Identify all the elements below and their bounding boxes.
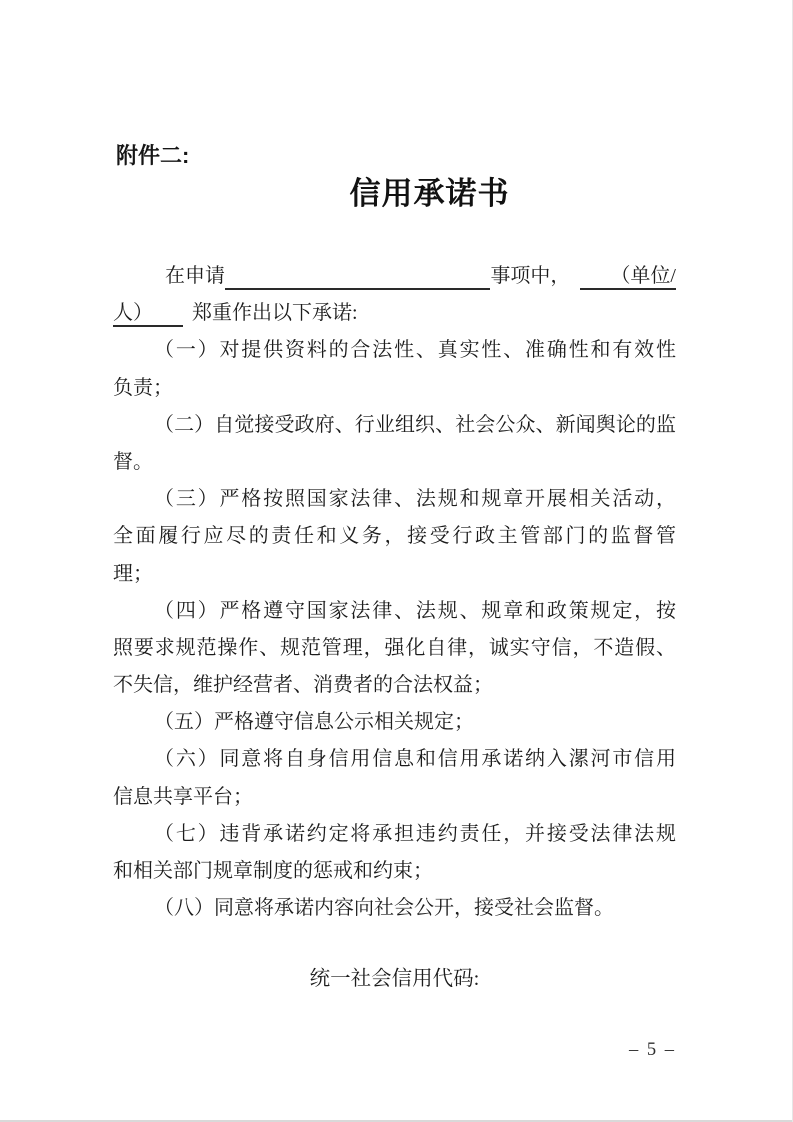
unit-person-text-part2: 人） — [113, 295, 153, 327]
commitment-line: 督。 — [113, 444, 676, 481]
commitment-lines-container: （一）对提供资料的合法性、真实性、准确性和有效性负责；（二）自觉接受政府、行业组… — [113, 332, 676, 927]
intro-matter-text: 事项中， — [490, 258, 570, 295]
intro-prefix-text: 在申请 — [165, 258, 225, 295]
commitment-line: 全面履行应尽的责任和义务，接受行政主管部门的监督管 — [113, 518, 676, 555]
unit-person-text-part1: （单位/ — [610, 258, 676, 290]
commitment-line: 不失信，维护经营者、消费者的合法权益； — [113, 667, 676, 704]
commitment-line: 和相关部门规章制度的惩戒和约束； — [113, 853, 676, 890]
commitment-intro-text: 郑重作出以下承诺: — [192, 295, 358, 332]
applicant-name-blank — [580, 258, 610, 290]
commitment-line: 照要求规范操作、规范管理，强化自律，诚实守信，不造假、 — [113, 630, 676, 667]
commitment-line: （六）同意将自身信用信息和信用承诺纳入漯河市信用 — [113, 741, 676, 778]
commitment-line: 负责； — [113, 370, 676, 407]
commitment-line: 信息共享平台； — [113, 779, 676, 816]
commitment-line: 理； — [113, 556, 676, 593]
commitment-line: （一）对提供资料的合法性、真实性、准确性和有效性 — [113, 332, 676, 369]
commitment-line: （五）严格遵守信息公示相关规定； — [113, 704, 676, 741]
application-line-2: 人） 郑重作出以下承诺: — [113, 295, 676, 332]
commitment-line: （七）违背承诺约定将承担违约责任，并接受法律法规 — [113, 816, 676, 853]
commitment-line: （四）严格遵守国家法律、法规、规章和政策规定，按 — [113, 593, 676, 630]
attachment-label: 附件二: — [116, 143, 189, 169]
commitment-line: （三）严格按照国家法律、法规和规章开展相关活动， — [113, 481, 676, 518]
page-number: – 5 – — [629, 1040, 676, 1061]
document-page: 附件二: 信用承诺书 在申请 事项中， （单位/ 人） 郑重作出以下承诺: （一… — [0, 0, 793, 1122]
application-matter-blank — [225, 258, 490, 290]
application-line-1: 在申请 事项中， （单位/ — [113, 258, 676, 295]
document-body: 在申请 事项中， （单位/ 人） 郑重作出以下承诺: （一）对提供资料的合法性、… — [113, 258, 676, 927]
commitment-line: （八）同意将承诺内容向社会公开，接受社会监督。 — [113, 890, 676, 927]
document-title: 信用承诺书 — [148, 175, 711, 213]
commitment-line: （二）自觉接受政府、行业组织、社会公众、新闻舆论的监 — [113, 407, 676, 444]
applicant-name-blank-2 — [153, 295, 183, 327]
credit-code-label: 统一社会信用代码: — [113, 964, 676, 994]
